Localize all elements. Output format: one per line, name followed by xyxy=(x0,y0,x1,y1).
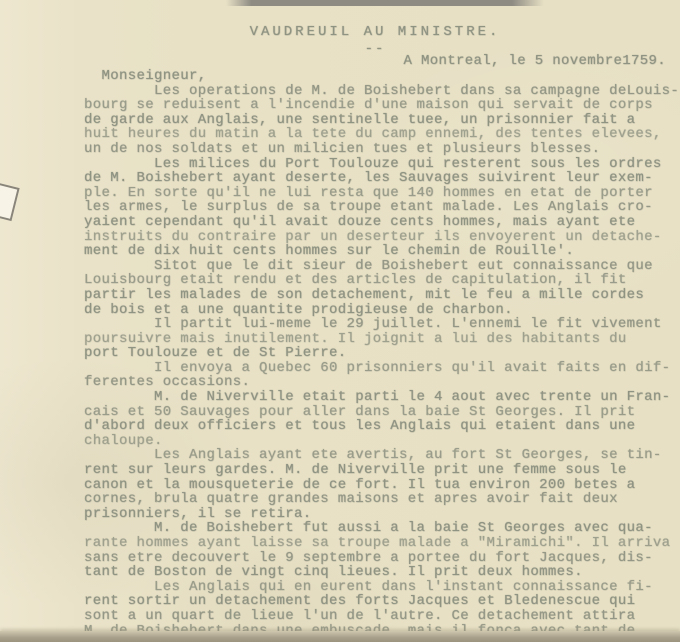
typed-line: partir les malades de son detachement, m… xyxy=(84,288,666,303)
typed-line: de bois et a une quantite prodigieuse de… xyxy=(84,303,666,318)
typed-line: Les Anglais ayant ete avertis, au fort S… xyxy=(84,448,666,463)
scan-top-edge xyxy=(226,0,544,6)
salutation: Monseigneur, xyxy=(84,69,666,84)
typed-line: port Toulouze et de St Pierre. xyxy=(84,346,666,361)
typed-line: les armes, le surplus de sa troupe etant… xyxy=(84,200,666,215)
typed-line: Il partit lui-meme le 29 juillet. L'enne… xyxy=(84,317,666,332)
typed-line: instruits du contraire par un deserteur … xyxy=(84,230,666,245)
typed-line: poursuivre mais inutilement. Il joignit … xyxy=(84,332,666,347)
scanned-letter-page: VAUDREUIL AU MINISTRE. -- A Montreal, le… xyxy=(0,0,680,642)
typed-line: M. de Boishebert fut aussi a la baie St … xyxy=(84,521,666,536)
dateline: A Montreal, le 5 novembre1759. xyxy=(84,53,666,69)
typed-line: un de nos soldats et un milicien tues et… xyxy=(84,142,666,157)
typed-line: yaient cependant qu'il avait douze cents… xyxy=(84,215,666,230)
typed-line: M. de Niverville etait parti le 4 aout a… xyxy=(84,390,666,405)
scan-bottom-edge xyxy=(0,631,680,642)
typed-line: ment de dix huit cents hommes sur le che… xyxy=(84,244,666,259)
typed-line: d'abord deux officiers et tous les Angla… xyxy=(84,419,666,434)
typed-line: sans etre decouvert le 9 septembre a por… xyxy=(84,551,666,566)
typed-line: sont a un quart de lieue l'un de l'autre… xyxy=(84,609,666,624)
typed-line: rante hommes ayant laisse sa troupe mala… xyxy=(84,536,666,551)
typed-line: cais et 50 Sauvages pour aller dans la b… xyxy=(84,405,666,420)
paper-tear-mark xyxy=(0,181,20,221)
typed-line: tant de Boston de vingt cinq lieues. Il … xyxy=(84,565,666,580)
typed-line: rent sur leurs gardes. M. de Niverville … xyxy=(84,463,666,478)
typed-line: ferentes occasions. xyxy=(84,375,666,390)
typed-line: rent sortir un detachement des forts Jac… xyxy=(84,594,666,609)
letter-title: VAUDREUIL AU MINISTRE. xyxy=(84,24,666,40)
typed-line: Les Anglais qui en eurent dans l'instant… xyxy=(84,580,666,595)
typed-line: Louisbourg etait rendu et des articles d… xyxy=(84,273,666,288)
typed-line: Les operations de M. de Boishebert dans … xyxy=(84,84,666,99)
typed-line: cornes, brula quatre grandes maisons et … xyxy=(84,492,666,507)
typed-line: Les milices du Port Toulouze qui restere… xyxy=(84,157,666,172)
typed-line: bourg se reduisent a l'incendie d'une ma… xyxy=(84,98,666,113)
typed-line: de M. Boishebert ayant deserte, les Sauv… xyxy=(84,171,666,186)
letter-body: Monseigneur, Les operations de M. de Boi… xyxy=(84,69,666,638)
typed-line: huit heures du matin a la tete du camp e… xyxy=(84,127,666,142)
